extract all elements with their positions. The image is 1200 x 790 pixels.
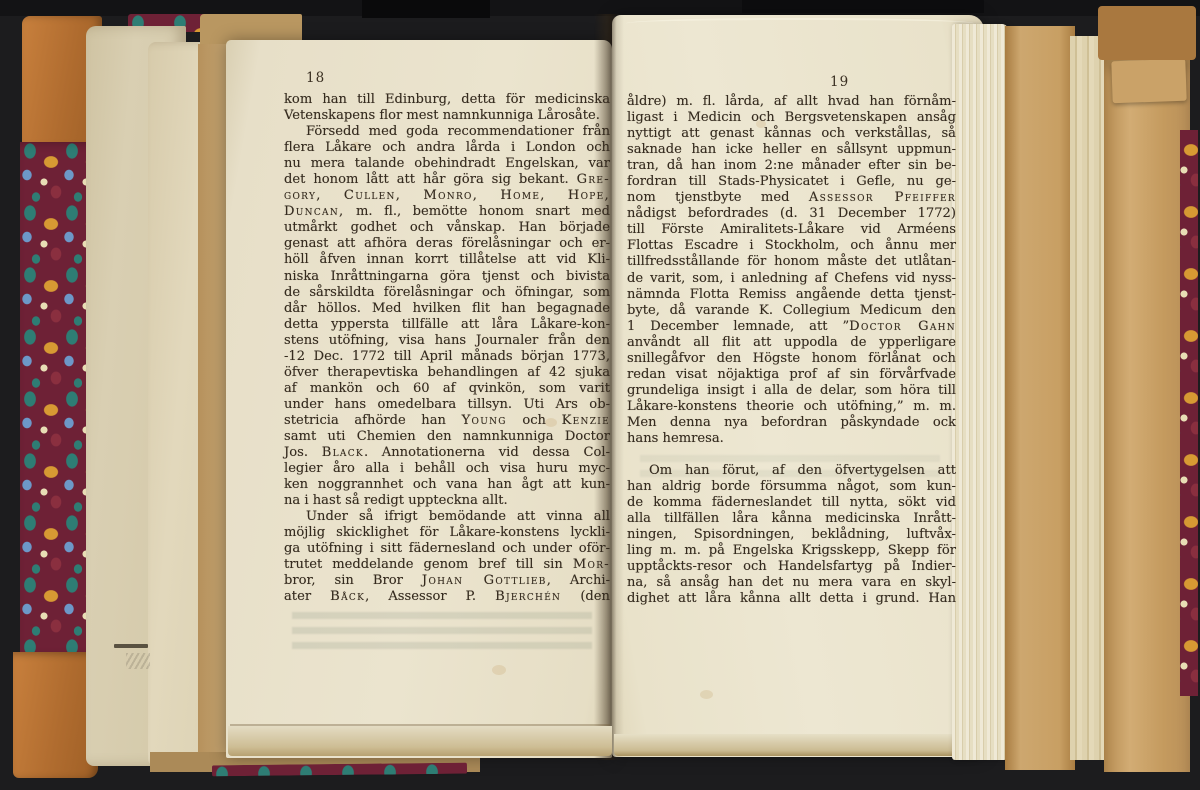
body-text: trutet meddelande genom bref till sin bbox=[284, 557, 573, 572]
body-text: de varit, som, i anledning af Chefens vi… bbox=[627, 271, 956, 286]
pencil-scribble bbox=[126, 653, 150, 669]
text-line: hans hemresa. bbox=[627, 431, 956, 447]
text-line: saknade han icke heller en sållsynt uppm… bbox=[627, 142, 956, 158]
text-line: de komma fäderneslandet till nytta, sökt… bbox=[627, 495, 956, 511]
text-line: dighet att låra kånna allt detta i grund… bbox=[627, 591, 956, 607]
body-text: -12 Dec. 1772 till April månads början 1… bbox=[284, 349, 610, 364]
body-text: stetricia afhörde han bbox=[284, 413, 462, 428]
ink-show-through bbox=[292, 612, 592, 652]
text-line: stetricia afhörde han Young och Kenzie bbox=[284, 413, 610, 429]
text-line: nyttigt att genast kånnas och verkstålla… bbox=[627, 126, 956, 142]
text-line: grundeliga insigt i alla de delar, som h… bbox=[627, 383, 956, 399]
body-text: nådigst befordrades (d. 31 December 1772… bbox=[627, 206, 956, 221]
text-line: ater Båck, Assessor P. Bjerchén (den bbox=[284, 589, 610, 605]
text-line: nämnda Flotta Remiss angående detta tjen… bbox=[627, 287, 956, 303]
body-text: 1 December lemnade, att ” bbox=[627, 319, 849, 334]
body-text: Jos. bbox=[284, 445, 322, 460]
text-line: trutet meddelande genom bref till sin Mo… bbox=[284, 557, 610, 573]
body-text: ga utöfning i sitt fädernesland och unde… bbox=[284, 541, 610, 556]
body-text: ater bbox=[284, 589, 330, 604]
body-text: tillfredsstållande för honom måste det u… bbox=[627, 254, 956, 269]
text-line: ligast i Medicin och Bergsvetenskapen an… bbox=[627, 110, 956, 126]
text-line: na, så ansåg han det nu mera vara en sky… bbox=[627, 575, 956, 591]
text-line: till Förste Amiralitets-Låkare vid Armée… bbox=[627, 222, 956, 238]
body-text: m. fl., bemötte honom snart med bbox=[344, 204, 610, 219]
text-line: de varit, som, i anledning af Chefens vi… bbox=[627, 271, 956, 287]
body-text: ligast i Medicin och Bergsvetenskapen an… bbox=[627, 110, 956, 125]
body-text: hans hemresa. bbox=[627, 431, 724, 446]
body-text: . Annotationerna vid dessa Col- bbox=[364, 445, 610, 460]
text-line: han aldrig borde försumma något, som kun… bbox=[627, 479, 956, 495]
body-text: öfver therapevtiska behandlingen af 42 s… bbox=[284, 365, 610, 380]
body-text: stens utöfning, visa hans Journaler från… bbox=[284, 333, 610, 348]
text-line: ningen, Spisordningen, beklådning, luftv… bbox=[627, 527, 956, 543]
body-text: utmårkt godhet och vånskap. Han började bbox=[284, 220, 610, 235]
text-line: tran, då han inom 2:ne månader efter sin… bbox=[627, 158, 956, 174]
text-line: öfver therapevtiska behandlingen af 42 s… bbox=[284, 365, 610, 381]
text-line: nådigst befordrades (d. 31 December 1772… bbox=[627, 206, 956, 222]
body-text: Vetenskapens flor mest namnkunniga Låros… bbox=[284, 108, 600, 123]
text-line: upptåckts-resor och Handelsfartyg på Ind… bbox=[627, 559, 956, 575]
body-text: de komma fäderneslandet till nytta, sökt… bbox=[627, 495, 956, 510]
text-line: nom tjenstbyte med Assessor Pfeiffer bbox=[627, 190, 956, 206]
page-bottom-edges bbox=[228, 726, 612, 756]
kraft-paper-corner bbox=[1098, 6, 1196, 60]
foxing-spot bbox=[492, 665, 506, 675]
text-line: legier åro alla i behåll och visa huru m… bbox=[284, 461, 610, 477]
body-text: niska Inråttningarna göra tjenst och biv… bbox=[284, 269, 610, 284]
body-text: under hans omedelbara tillsyn. Uti Ars o… bbox=[284, 397, 610, 412]
text-line: Om han förut, af den öfvertygelsen att bbox=[627, 463, 956, 479]
text-line: Vetenskapens flor mest namnkunniga Låros… bbox=[284, 108, 610, 124]
folded-kraft-sheet bbox=[1104, 56, 1190, 772]
text-line: niska Inråttningarna göra tjenst och biv… bbox=[284, 269, 610, 285]
book-photo: 18 19 kom han till Edinburg, detta för m… bbox=[0, 0, 1200, 790]
kraft-paper-band bbox=[1005, 26, 1075, 770]
body-text: de sårskildta förelåsningar och öfningar… bbox=[284, 285, 610, 300]
text-line: tillfredsstållande för honom måste det u… bbox=[627, 254, 956, 270]
body-text: nyttigt att genast kånnas och verkstålla… bbox=[627, 126, 956, 141]
text-line: alla tillfällen låra kånna medicinska In… bbox=[627, 511, 956, 527]
left-page-text-block: kom han till Edinburg, detta för medicin… bbox=[284, 92, 610, 606]
text-line: samt uti Chemien den namnkunniga Doctor bbox=[284, 429, 610, 445]
body-text: ken noggrannhet och vana han ågt att kun… bbox=[284, 477, 610, 492]
small-caps-name: gory, Cullen, Monro, Home, Hope, bbox=[284, 188, 610, 203]
small-caps-name: Kenzie bbox=[562, 413, 610, 428]
background-shadow-patch bbox=[362, 0, 490, 18]
text-line: af mankön och 60 af qvinkön, som varit bbox=[284, 381, 610, 397]
body-text: dår höllos. Med hvilken flit han begagna… bbox=[284, 301, 610, 316]
body-text: Under så ifrigt bemödande att vinna all bbox=[306, 509, 610, 524]
page-bottom-edges bbox=[614, 734, 980, 756]
small-caps-name: Mor- bbox=[573, 557, 610, 572]
body-text: detta yppersta tillfälle att låra Låkare… bbox=[284, 317, 610, 332]
text-line: Duncan, m. fl., bemötte honom snart med bbox=[284, 204, 610, 220]
body-text: grundeliga insigt i alla de delar, som h… bbox=[627, 383, 956, 398]
text-line: Försedd med goda recommendationer från bbox=[284, 124, 610, 140]
body-text: fordran till Stads-Physicatet i Gefle, n… bbox=[627, 174, 956, 189]
text-line: det honom lått att hår göra sig bekant. … bbox=[284, 172, 610, 188]
small-caps-name: Duncan, bbox=[284, 204, 344, 219]
text-line: under hans omedelbara tillsyn. Uti Ars o… bbox=[284, 397, 610, 413]
body-text: åldre) m. fl. lårda, af allt hvad han fö… bbox=[627, 94, 956, 109]
body-text: (den bbox=[561, 589, 610, 604]
text-line: Flottas Escadre i Stockholm, och ånnu me… bbox=[627, 238, 956, 254]
body-text: na i hast så redigt uppteckna allt. bbox=[284, 493, 508, 508]
body-text: flera Låkare och andra lårda i London oc… bbox=[284, 140, 610, 155]
body-text: , Archi- bbox=[547, 573, 610, 588]
body-text: Men denna nya befordran påskyndade ock bbox=[627, 415, 956, 430]
body-text: Låkare-konstens theorie och utöfning,” m… bbox=[627, 399, 956, 414]
body-text: nom tjenstbyte med bbox=[627, 190, 809, 205]
body-text: samt uti Chemien den namnkunniga Doctor bbox=[284, 429, 610, 444]
text-line: -12 Dec. 1772 till April månads början 1… bbox=[284, 349, 610, 365]
body-text: Flottas Escadre i Stockholm, och ånnu me… bbox=[627, 238, 956, 253]
small-caps-name: Gre- bbox=[577, 172, 610, 187]
text-line: åldre) m. fl. lårda, af allt hvad han fö… bbox=[627, 94, 956, 110]
text-line: dår höllos. Med hvilken flit han begagna… bbox=[284, 301, 610, 317]
body-text: bror, sin Bror bbox=[284, 573, 422, 588]
text-line: ga utöfning i sitt fädernesland och unde… bbox=[284, 541, 610, 557]
text-line: Men denna nya befordran påskyndade ock bbox=[627, 415, 956, 431]
body-text: alla tillfällen låra kånna medicinska In… bbox=[627, 511, 956, 526]
text-line: Låkare-konstens theorie och utöfning,” m… bbox=[627, 399, 956, 415]
body-text: , Assessor P. bbox=[365, 589, 495, 604]
folded-kraft-flap bbox=[1111, 59, 1186, 104]
body-text: Om han förut, af den öfvertygelsen att bbox=[649, 463, 956, 478]
text-line: Jos. Black. Annotationerna vid dessa Col… bbox=[284, 445, 610, 461]
text-line: anvåndt all flit att uppodla de ypperlig… bbox=[627, 335, 956, 351]
small-caps-name: Båck bbox=[330, 589, 365, 604]
text-line: nu mera talande obehindradt Engelskan, v… bbox=[284, 156, 610, 172]
text-line: de sårskildta förelåsningar och öfningar… bbox=[284, 285, 610, 301]
body-text: dighet att låra kånna allt detta i grund… bbox=[627, 591, 956, 606]
text-line: stens utöfning, visa hans Journaler från… bbox=[284, 333, 610, 349]
text-line: möjlig skicklighet för Låkare-konstens l… bbox=[284, 525, 610, 541]
small-caps-name: Black bbox=[322, 445, 364, 460]
body-text: genast att afhöra deras förelåsningar oc… bbox=[284, 236, 610, 251]
text-line: fordran till Stads-Physicatet i Gefle, n… bbox=[627, 174, 956, 190]
page-edge-stack bbox=[952, 24, 1008, 760]
body-text: det honom lått att hår göra sig bekant. bbox=[284, 172, 577, 187]
body-text: af mankön och 60 af qvinkön, som varit bbox=[284, 381, 610, 396]
body-text: tran, då han inom 2:ne månader efter sin… bbox=[627, 158, 956, 173]
body-text: och bbox=[507, 413, 562, 428]
small-caps-name: Doctor Gahn bbox=[849, 319, 956, 334]
text-line: Under så ifrigt bemödande att vinna all bbox=[284, 509, 610, 525]
text-line: utmårkt godhet och vånskap. Han började bbox=[284, 220, 610, 236]
text-line: byte, då varande K. Collegium Medicum de… bbox=[627, 303, 956, 319]
text-line: ling m. m. på Engelska Krigsskepp, Skepp… bbox=[627, 543, 956, 559]
small-caps-name: Young bbox=[462, 413, 507, 428]
small-caps-name: Bjerchén bbox=[495, 589, 561, 604]
body-text: ningen, Spisordningen, beklådning, luftv… bbox=[627, 527, 956, 542]
body-text: möjlig skicklighet för Låkare-konstens l… bbox=[284, 525, 610, 540]
small-caps-name: Johan Gottlieb bbox=[422, 573, 547, 588]
text-line: detta yppersta tillfälle att låra Låkare… bbox=[284, 317, 610, 333]
body-text: till Förste Amiralitets-Låkare vid Armée… bbox=[627, 222, 956, 237]
page-number-right: 19 bbox=[830, 74, 849, 90]
text-line: ken noggrannhet och vana han ågt att kun… bbox=[284, 477, 610, 493]
body-text: höll åfven innan korrt tillåtelse att vi… bbox=[284, 252, 610, 267]
body-text: nämnda Flotta Remiss angående detta tjen… bbox=[627, 287, 956, 302]
page-number-left: 18 bbox=[306, 70, 325, 86]
marbled-cover-right-edge bbox=[1180, 130, 1198, 696]
body-text: na, så ansåg han det nu mera vara en sky… bbox=[627, 575, 956, 590]
text-line: 1 December lemnade, att ”Doctor Gahn bbox=[627, 319, 956, 335]
body-text: byte, då varande K. Collegium Medicum de… bbox=[627, 303, 956, 318]
foxing-spot bbox=[700, 690, 713, 699]
text-line: gory, Cullen, Monro, Home, Hope, bbox=[284, 188, 610, 204]
right-page-text-block: åldre) m. fl. lårda, af allt hvad han fö… bbox=[627, 94, 956, 608]
body-text: upptåckts-resor och Handelsfartyg på Ind… bbox=[627, 559, 956, 574]
small-print-mark bbox=[114, 644, 148, 648]
background-shadow-patch bbox=[742, 0, 984, 13]
text-line: genast att afhöra deras förelåsningar oc… bbox=[284, 236, 610, 252]
body-text: saknade han icke heller en sållsynt uppm… bbox=[627, 142, 956, 157]
text-line bbox=[627, 447, 956, 463]
body-text: nu mera talande obehindradt Engelskan, v… bbox=[284, 156, 610, 171]
body-text: kom han till Edinburg, detta för medicin… bbox=[284, 92, 610, 107]
text-line: na i hast så redigt uppteckna allt. bbox=[284, 493, 610, 509]
body-text: han aldrig borde försumma något, som kun… bbox=[627, 479, 956, 494]
body-text: legier åro alla i behåll och visa huru m… bbox=[284, 461, 610, 476]
body-text: anvåndt all flit att uppodla de ypperlig… bbox=[627, 335, 956, 350]
text-line: flera Låkare och andra lårda i London oc… bbox=[284, 140, 610, 156]
marbled-cover-bottom-edge bbox=[212, 763, 467, 777]
text-line: höll åfven innan korrt tillåtelse att vi… bbox=[284, 252, 610, 268]
small-caps-name: Assessor Pfeiffer bbox=[809, 190, 956, 205]
text-line: redan visat nöjaktiga prof af sin förvår… bbox=[627, 367, 956, 383]
body-text: Försedd med goda recommendationer från bbox=[306, 124, 610, 139]
body-text: snillegåfvor den Högste honom förlånat o… bbox=[627, 351, 956, 366]
text-line: snillegåfvor den Högste honom förlånat o… bbox=[627, 351, 956, 367]
body-text: redan visat nöjaktiga prof af sin förvår… bbox=[627, 367, 956, 382]
text-line: kom han till Edinburg, detta för medicin… bbox=[284, 92, 610, 108]
body-text: ling m. m. på Engelska Krigsskepp, Skepp… bbox=[627, 543, 956, 558]
text-line: bror, sin Bror Johan Gottlieb, Archi- bbox=[284, 573, 610, 589]
